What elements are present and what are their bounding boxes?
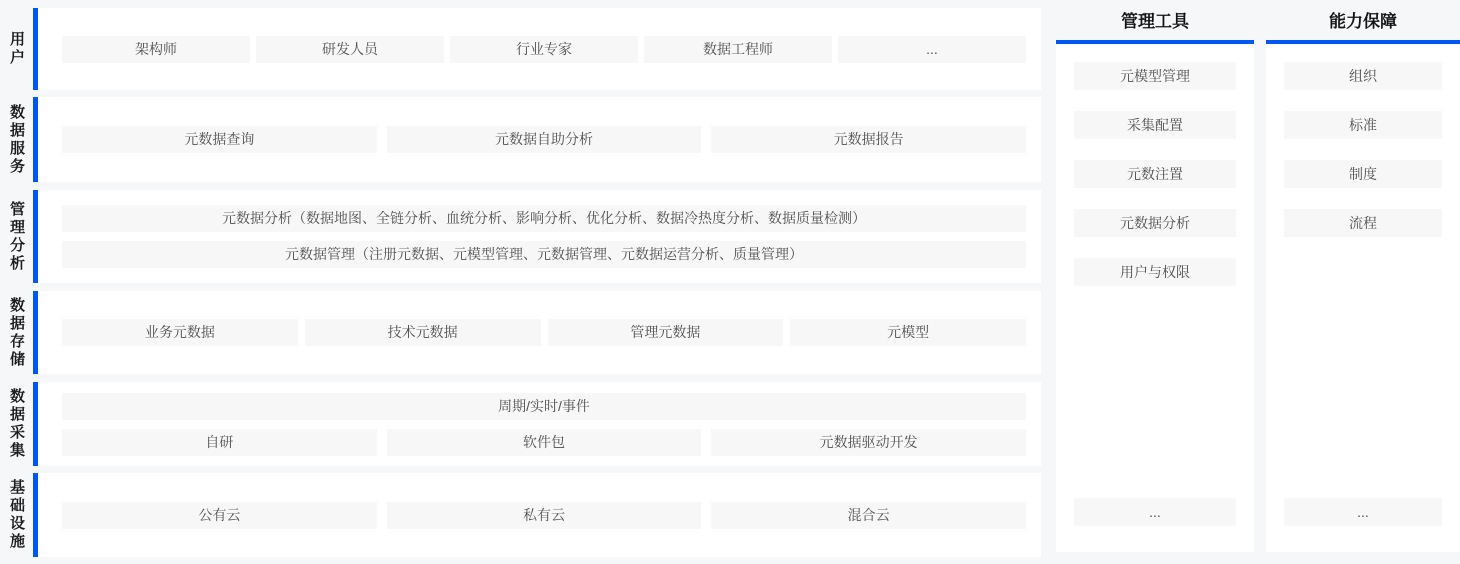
layer-label-data-storage: 数据存储 <box>0 291 33 374</box>
diagram-box-metadata-analysis: 元数据分析（数据地图、全链分析、血统分析、影响分析、优化分析、数据冷热度分析、数… <box>62 205 1026 232</box>
diagram-box-management-metadata: 管理元数据 <box>548 319 784 346</box>
layer-label-management-analysis: 管理分析 <box>0 190 33 283</box>
diagram-box-metadata-driven-dev: 元数据驱动开发 <box>711 429 1026 456</box>
diagram-box-architect: 架构师 <box>62 36 250 63</box>
panel-title-capability-support: 能力保障 <box>1266 6 1460 40</box>
panel-body-capability-support: 组织 标准 制度 流程 ... <box>1266 44 1460 552</box>
box-row: 公有云 私有云 混合云 <box>62 502 1026 529</box>
layer-panel-data-services: 元数据查询 元数据自助分析 元数据报告 <box>38 97 1041 182</box>
layer-panel-data-collection: 周期/实时/事件 自研 软件包 元数据驱动开发 <box>38 382 1041 466</box>
box-row: 自研 软件包 元数据驱动开发 <box>62 429 1026 456</box>
metadata-architecture-diagram: 用户 架构师 研发人员 行业专家 数据工程师 ... 数据服务 元数据查询 元数… <box>0 0 1460 564</box>
layer-label-users: 用户 <box>0 8 33 90</box>
diagram-box-tools-more: ... <box>1074 498 1236 526</box>
box-row: 元数据管理（注册元数据、元模型管理、元数据管理、元数据运营分析、质量管理） <box>62 241 1026 268</box>
diagram-box-metadata-registration: 元数注置 <box>1074 160 1236 188</box>
diagram-box-metadata-analysis-tool: 元数据分析 <box>1074 209 1236 237</box>
diagram-box-processes: 流程 <box>1284 209 1442 237</box>
diagram-box-metadata-self-analysis: 元数据自助分析 <box>387 126 702 153</box>
box-row: 架构师 研发人员 行业专家 数据工程师 ... <box>62 36 1026 63</box>
diagram-box-software-package: 软件包 <box>387 429 702 456</box>
diagram-box-self-developed: 自研 <box>62 429 377 456</box>
diagram-box-support-more: ... <box>1284 498 1442 526</box>
layer-panel-data-storage: 业务元数据 技术元数据 管理元数据 元模型 <box>38 291 1041 374</box>
diagram-box-developer: 研发人员 <box>256 36 444 63</box>
diagram-box-technical-metadata: 技术元数据 <box>305 319 541 346</box>
diagram-box-standards: 标准 <box>1284 111 1442 139</box>
diagram-box-users-permissions: 用户与权限 <box>1074 258 1236 286</box>
layer-users: 用户 架构师 研发人员 行业专家 数据工程师 ... <box>0 8 1041 90</box>
panel-management-tools: 管理工具 元模型管理 采集配置 元数注置 元数据分析 用户与权限 ... <box>1056 6 1254 552</box>
layer-data-services: 数据服务 元数据查询 元数据自助分析 元数据报告 <box>0 97 1041 182</box>
layer-panel-users: 架构师 研发人员 行业专家 数据工程师 ... <box>38 8 1041 90</box>
diagram-box-metadata-query: 元数据查询 <box>62 126 377 153</box>
layer-panel-infrastructure: 公有云 私有云 混合云 <box>38 473 1041 557</box>
diagram-box-cycle-realtime-event: 周期/实时/事件 <box>62 393 1026 420</box>
panel-title-management-tools: 管理工具 <box>1056 6 1254 40</box>
box-row: 周期/实时/事件 <box>62 393 1026 420</box>
diagram-box-metamodel: 元模型 <box>790 319 1026 346</box>
panel-body-management-tools: 元模型管理 采集配置 元数注置 元数据分析 用户与权限 ... <box>1056 44 1254 552</box>
diagram-box-metadata-management: 元数据管理（注册元数据、元模型管理、元数据管理、元数据运营分析、质量管理） <box>62 241 1026 268</box>
diagram-box-users-more: ... <box>838 36 1026 63</box>
layer-data-storage: 数据存储 业务元数据 技术元数据 管理元数据 元模型 <box>0 291 1041 374</box>
diagram-box-business-metadata: 业务元数据 <box>62 319 298 346</box>
layer-label-data-services: 数据服务 <box>0 97 33 182</box>
diagram-box-organization: 组织 <box>1284 62 1442 90</box>
diagram-box-metadata-report: 元数据报告 <box>711 126 1026 153</box>
diagram-box-private-cloud: 私有云 <box>387 502 702 529</box>
box-row: 业务元数据 技术元数据 管理元数据 元模型 <box>62 319 1026 346</box>
diagram-box-regulations: 制度 <box>1284 160 1442 188</box>
diagram-box-public-cloud: 公有云 <box>62 502 377 529</box>
box-row: 元数据查询 元数据自助分析 元数据报告 <box>62 126 1026 153</box>
diagram-box-metamodel-management: 元模型管理 <box>1074 62 1236 90</box>
diagram-box-hybrid-cloud: 混合云 <box>711 502 1026 529</box>
layer-data-collection: 数据采集 周期/实时/事件 自研 软件包 元数据驱动开发 <box>0 382 1041 466</box>
panel-capability-support: 能力保障 组织 标准 制度 流程 ... <box>1266 6 1460 552</box>
layer-label-data-collection: 数据采集 <box>0 382 33 466</box>
layer-panel-management-analysis: 元数据分析（数据地图、全链分析、血统分析、影响分析、优化分析、数据冷热度分析、数… <box>38 190 1041 283</box>
diagram-box-industry-expert: 行业专家 <box>450 36 638 63</box>
diagram-box-data-engineer: 数据工程师 <box>644 36 832 63</box>
layer-management-analysis: 管理分析 元数据分析（数据地图、全链分析、血统分析、影响分析、优化分析、数据冷热… <box>0 190 1041 283</box>
box-row: 元数据分析（数据地图、全链分析、血统分析、影响分析、优化分析、数据冷热度分析、数… <box>62 205 1026 232</box>
layer-label-infrastructure: 基础设施 <box>0 473 33 557</box>
layer-infrastructure: 基础设施 公有云 私有云 混合云 <box>0 473 1041 557</box>
diagram-box-collection-config: 采集配置 <box>1074 111 1236 139</box>
